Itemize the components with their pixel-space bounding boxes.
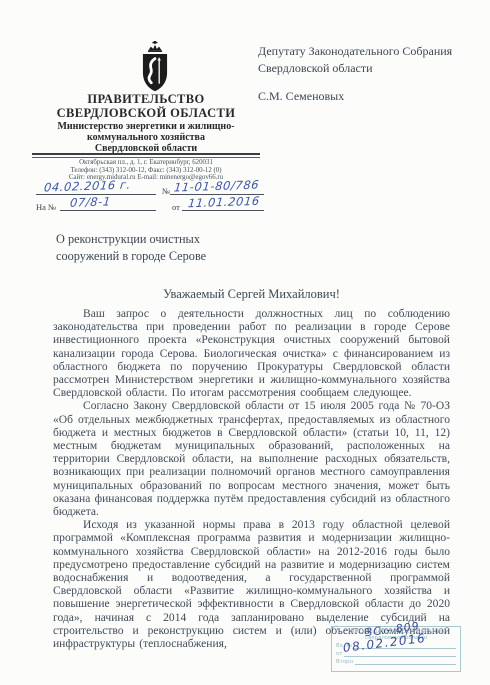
- recipient-name: С.М. Семеновых: [258, 89, 344, 104]
- scanned-letter-page: ПРАВИТЕЛЬСТВО СВЕРДЛОВСКОЙ ОБЛАСТИ Минис…: [0, 0, 490, 685]
- incoming-ref-row: На № 07/8-1 от 11.01.2016: [36, 197, 264, 213]
- org-name-line2: СВЕРДЛОВСКОЙ ОБЛАСТИ: [30, 106, 262, 121]
- letter-body: Ваш запрос о деятельности должностных ли…: [53, 308, 450, 651]
- body-paragraph-1: Ваш запрос о деятельности должностных ли…: [53, 308, 450, 400]
- stamp-extra-label: Вторн: [336, 659, 353, 665]
- subject-line2: сооружений в городе Серове: [56, 248, 296, 265]
- stamp-extra-field: Вторн: [336, 659, 456, 665]
- reply-to-label: На №: [36, 202, 56, 212]
- body-paragraph-2: Согласно Закону Свердловской области от …: [53, 400, 450, 519]
- org-address: Октябрьская пл., д. 1, г. Екатеринбург, …: [30, 159, 262, 166]
- ministry-line2: коммунального хозяйства: [30, 132, 262, 143]
- recipient-block: Депутату Законодательного Собрания Сверд…: [258, 43, 473, 76]
- recipient-title-line2: Свердловской области: [258, 60, 473, 77]
- number-label: №: [162, 186, 170, 196]
- reply-number-handwritten: 07/8-1: [69, 194, 111, 209]
- subject-block: О реконструкции очистных сооружений в го…: [56, 231, 296, 264]
- ministry-line1: Министерство энергетики и жилищно-: [30, 121, 262, 132]
- subject-line1: О реконструкции очистных: [56, 231, 296, 248]
- from-label: от: [172, 202, 180, 212]
- recipient-title-line1: Депутату Законодательного Собрания: [258, 43, 473, 60]
- letterhead-divider: [32, 153, 260, 158]
- reply-date-handwritten: 11.01.2016: [187, 194, 260, 211]
- stamp-blank-line: [355, 659, 456, 665]
- coat-of-arms-icon: [136, 41, 174, 93]
- stamp-date-label: от: [336, 651, 342, 657]
- salutation: Уважаемый Сергей Михайлович!: [53, 287, 450, 302]
- org-phone: Телефон: (343) 312-00-12, Факс: (343) 31…: [30, 167, 262, 174]
- org-name-line1: ПРАВИТЕЛЬСТВО: [30, 92, 262, 107]
